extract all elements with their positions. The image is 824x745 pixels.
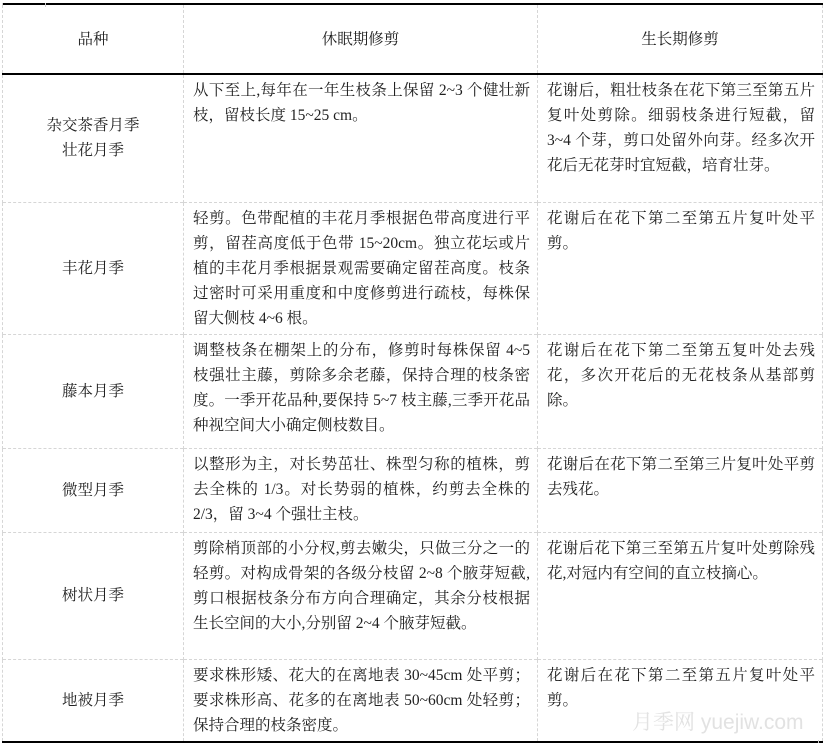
grid-artifact-tick	[818, 740, 819, 745]
growing-pruning-cell: 花谢后在花下第二至第五片复叶处平剪。	[538, 659, 823, 742]
growing-pruning-cell: 花谢后在花下第二至第五片复叶处平剪。	[538, 202, 823, 334]
growing-pruning-cell: 花谢后，粗壮枝条在花下第三至第五片复叶处剪除。细弱枝条进行短截，留 3~4 个芽…	[538, 74, 823, 202]
variety-cell: 微型月季	[3, 448, 184, 532]
grid-artifact-tick	[45, 3, 46, 7]
dormant-pruning-cell: 剪除梢顶部的小分杈,剪去嫩尖，只做三分之一的轻剪。对构成骨架的各级分枝留 2~8…	[184, 532, 538, 659]
table-row: 杂交茶香月季 壮花月季 从下至上,每年在一年生枝条上保留 2~3 个健壮新枝，留…	[3, 74, 823, 202]
variety-cell: 树状月季	[3, 532, 184, 659]
table-row: 丰花月季 轻剪。色带配植的丰花月季根据色带高度进行平剪，留茬高度低于色带 15~…	[3, 202, 823, 334]
dormant-pruning-cell: 调整枝条在棚架上的分布，修剪时每株保留 4~5 枝强壮主藤，剪除多余老藤，保持合…	[184, 334, 538, 448]
rose-pruning-table: 品种 休眠期修剪 生长期修剪 杂交茶香月季 壮花月季 从下至上,每年在一年生枝条…	[2, 3, 823, 743]
variety-cell: 地被月季	[3, 659, 184, 742]
growing-pruning-cell: 花谢后在花下第二至第三片复叶处平剪去残花。	[538, 448, 823, 532]
growing-pruning-cell: 花谢后花下第三至第五片复叶处剪除残花,对冠内有空间的直立枝摘心。	[538, 532, 823, 659]
dormant-pruning-cell: 轻剪。色带配植的丰花月季根据色带高度进行平剪，留茬高度低于色带 15~20cm。…	[184, 202, 538, 334]
table-row: 藤本月季 调整枝条在棚架上的分布，修剪时每株保留 4~5 枝强壮主藤，剪除多余老…	[3, 334, 823, 448]
variety-cell: 杂交茶香月季 壮花月季	[3, 74, 184, 202]
dormant-pruning-cell: 以整形为主，对长势茁壮、株型匀称的植株，剪去全株的 1/3。对长势弱的植株，约剪…	[184, 448, 538, 532]
variety-cell: 丰花月季	[3, 202, 184, 334]
table-row: 微型月季 以整形为主，对长势茁壮、株型匀称的植株，剪去全株的 1/3。对长势弱的…	[3, 448, 823, 532]
growing-pruning-cell: 花谢后在花下第二至第五复叶处去残花，多次开花后的无花枝条从基部剪除。	[538, 334, 823, 448]
header-row: 品种 休眠期修剪 生长期修剪	[3, 4, 823, 74]
variety-cell: 藤本月季	[3, 334, 184, 448]
table-row: 地被月季 要求株形矮、花大的在离地表 30~45cm 处平剪；要求株形高、花多的…	[3, 659, 823, 742]
column-header-growing-pruning: 生长期修剪	[538, 4, 823, 74]
column-header-dormant-pruning: 休眠期修剪	[184, 4, 538, 74]
table-row: 树状月季 剪除梢顶部的小分杈,剪去嫩尖，只做三分之一的轻剪。对构成骨架的各级分枝…	[3, 532, 823, 659]
rose-pruning-page: 品种 休眠期修剪 生长期修剪 杂交茶香月季 壮花月季 从下至上,每年在一年生枝条…	[0, 3, 824, 745]
dormant-pruning-cell: 从下至上,每年在一年生枝条上保留 2~3 个健壮新枝，留枝长度 15~25 cm…	[184, 74, 538, 202]
column-header-variety: 品种	[3, 4, 184, 74]
grid-artifact-tick	[2, 3, 3, 7]
dormant-pruning-cell: 要求株形矮、花大的在离地表 30~45cm 处平剪；要求株形高、花多的在离地表 …	[184, 659, 538, 742]
